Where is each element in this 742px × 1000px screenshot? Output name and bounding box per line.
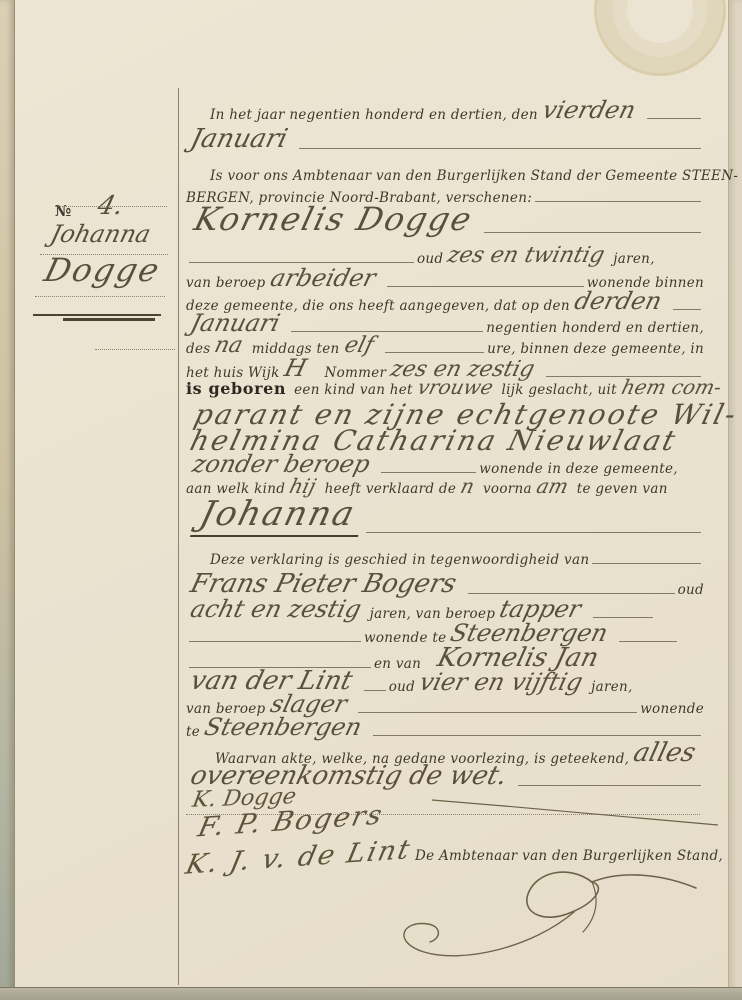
act-line-municipality-1: Is voor ons Ambtenaar van den Burgerlijk… [210,168,704,184]
blank-rule [592,563,701,564]
blank-rule [189,641,361,642]
blank-rule [189,262,414,263]
act-line-witness1-age: acht en zestig jaren, van beroep tapper [186,597,704,622]
declarant-age: zes en twintig [440,244,616,267]
act-line-is-geboren: is geboren een kind van het vrouwe lijk … [186,377,704,398]
handwritten-n: n [453,476,485,497]
blank-rule [647,118,701,119]
witness2-residence: Steenbergen [197,715,373,740]
printed-text: Is voor ons Ambtenaar van den Burgerlijk… [210,168,738,184]
birth-hour: elf [337,334,385,357]
birth-certificate-scan: № 4. Johanna Dogge In het jaar negentien… [0,0,742,1000]
blank-rule [385,352,484,353]
embossed-seal-stamp [594,0,726,76]
act-line-witness-intro: Deze verklaring is geschied in tegenwoor… [210,552,704,568]
blank-rule [518,785,701,786]
margin-dotted-line [95,349,175,350]
printed-text: een kind van het [294,382,413,398]
printed-text: wonende te [364,630,446,646]
blank-rule [373,735,701,736]
act-line-year: In het jaar negentien honderd en dertien… [210,98,704,123]
printed-text: oud [417,251,443,267]
blank-rule [291,331,483,332]
printed-text: ure, binnen deze gemeente, in [487,341,704,357]
act-line-birth-month: Januari negentien honderd en dertien, [186,311,704,336]
act-line-birth-hour: des na middags ten elf ure, binnen deze … [186,334,704,357]
printed-bold-text: is geboren [186,379,286,398]
printed-text: Deze verklaring is geschied in tegenwoor… [210,552,589,568]
declarant-name: Kornelis Dogge [186,203,485,237]
printed-text: lijk geslacht, uit [502,382,617,398]
pen-flourish-stroke [430,792,720,832]
number-label: № [55,202,71,220]
blank-rule [387,286,584,287]
blank-rule [484,232,701,233]
printed-text: te geven van [577,481,668,497]
printed-text: voorna [483,481,532,497]
printed-text: wonende in deze gemeente, [479,461,678,477]
printed-text: jaren, [613,251,654,267]
printed-text: oud [678,582,704,598]
handwritten-am: am [529,476,579,497]
declarant-occupation: arbeider [262,266,386,291]
act-line-declarant-name: Kornelis Dogge [190,203,704,237]
act-line-declarant-age: oud zes en twintig jaren, [186,244,704,267]
child-first-name: Johanna [43,222,162,247]
margin-closing-line [33,314,161,316]
mother-occupation: zonder beroep [185,452,382,477]
handwritten-month: Januari [183,126,299,153]
act-line-month: Januari [186,126,704,153]
act-line-child-name: Johanna [195,497,704,537]
child-surname: Dogge [36,254,173,288]
blank-rule [381,472,476,473]
handwritten-day: vierden [535,98,647,123]
am-pm: na [208,334,255,357]
act-line-witness2-residence: te Steenbergen [186,715,704,740]
margin-dotted-line [35,296,165,297]
blank-rule [619,641,677,642]
blank-rule [299,148,701,149]
margin-divider-rule [178,88,179,985]
child-given-name: Johanna [190,497,368,537]
mother-ref-start: hem com- [614,377,732,398]
book-binding-edge [0,0,15,1000]
blank-rule [358,712,637,713]
blank-rule [535,201,701,202]
margin-child-first-name-row: Johanna [46,222,159,247]
witness1-age: acht en zestig [183,597,373,622]
official-signature-flourish [378,852,718,997]
blank-rule [366,532,701,533]
margin-closing-line-thick [63,318,155,321]
page-right-edge [728,0,742,1000]
printed-text: In het jaar negentien honderd en dertien… [210,107,538,123]
margin-child-surname-row: Dogge [40,254,169,288]
margin-dotted-line [55,206,167,207]
act-line-mother-occupation: zonder beroep wonende in deze gemeente, [188,452,704,477]
child-sex: vrouwe [410,377,504,398]
